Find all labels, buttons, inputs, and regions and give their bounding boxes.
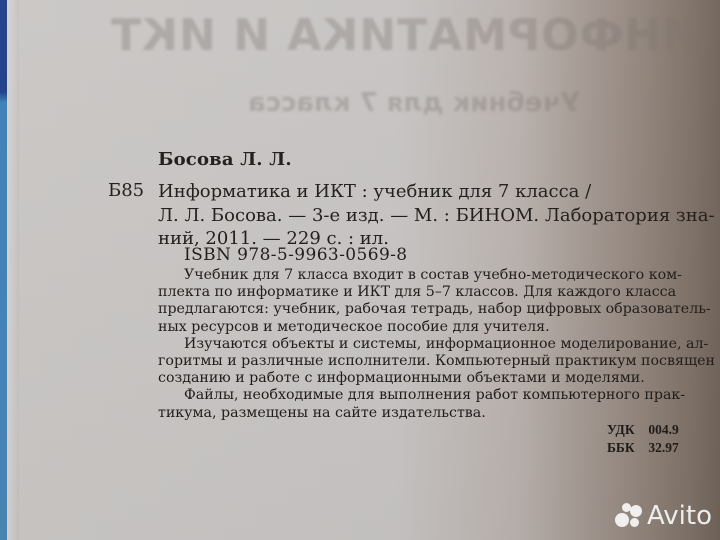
watermark-text: Avito xyxy=(647,501,712,531)
annotation-line: тикума, размещены на сайте издательства. xyxy=(158,405,718,422)
bibliographic-record: Информатика и ИКТ : учебник для 7 класса… xyxy=(158,180,698,251)
udc-value: 004.9 xyxy=(648,422,678,437)
annotation-line: созданию и работе с информационными объе… xyxy=(158,370,718,387)
page-edge xyxy=(7,0,19,540)
bbk-code: ББК 32.97 xyxy=(607,439,679,457)
classification-codes: УДК 004.9 ББК 32.97 xyxy=(607,421,679,457)
bbk-label: ББК xyxy=(607,439,645,457)
bleed-through-subtitle: Учебник для 7 класса xyxy=(248,88,580,118)
avito-dots-icon xyxy=(615,503,642,529)
udc-label: УДК xyxy=(607,421,645,439)
book-cover-edge xyxy=(0,0,7,540)
annotation-line: предлагаются: учебник, рабочая тетрадь, … xyxy=(158,301,718,318)
annotation-line: Изучаются объекты и системы, информацион… xyxy=(158,336,718,353)
author-heading: Босова Л. Л. xyxy=(158,149,292,170)
annotation-line: плекта по информатике и ИКТ для 5–7 клас… xyxy=(158,284,718,301)
udc-code: УДК 004.9 xyxy=(607,421,679,439)
annotation-line: горитмы и различные исполнители. Компьют… xyxy=(158,353,718,370)
annotation-line: ных ресурсов и методическое пособие для … xyxy=(158,319,718,336)
isbn: ISBN 978-5-9963-0569-8 xyxy=(184,245,408,265)
bbk-value: 32.97 xyxy=(648,440,678,455)
annotation: Учебник для 7 класса входит в состав уче… xyxy=(158,267,718,422)
avito-watermark: Avito xyxy=(615,501,712,531)
biblio-line: Л. Л. Босова. — 3-е изд. — М. : БИНОМ. Л… xyxy=(158,204,698,228)
biblio-line: Информатика и ИКТ : учебник для 7 класса… xyxy=(158,180,698,204)
library-code: Б85 xyxy=(108,180,144,201)
annotation-line: Файлы, необходимые для выполнения работ … xyxy=(158,387,718,404)
bleed-through-title: ИНФОРМАТИКА И ИКТ xyxy=(110,10,699,61)
annotation-line: Учебник для 7 класса входит в состав уче… xyxy=(158,267,718,284)
